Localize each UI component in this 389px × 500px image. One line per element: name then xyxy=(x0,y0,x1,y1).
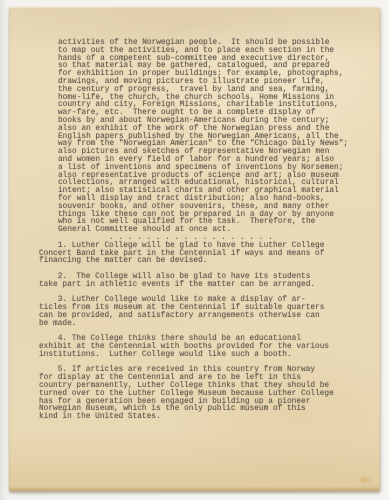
numbered-item-1: 1. Luther College will be glad to have t… xyxy=(39,243,369,266)
numbered-item-4: 4. The College thinks there should be an… xyxy=(39,336,369,359)
numbered-item-3: 3. Luther College would like to make a d… xyxy=(39,297,369,328)
document-page: activities of the Norwegian people. It s… xyxy=(9,7,380,491)
scan-background: activities of the Norwegian people. It s… xyxy=(0,0,389,500)
document-text: activities of the Norwegian people. It s… xyxy=(39,40,369,422)
numbered-item-5: 5. If articles are received in this coun… xyxy=(39,367,369,422)
numbered-item-2: 2. The College will also be glad to have… xyxy=(39,274,369,290)
intro-paragraph: activities of the Norwegian people. It s… xyxy=(58,40,369,235)
